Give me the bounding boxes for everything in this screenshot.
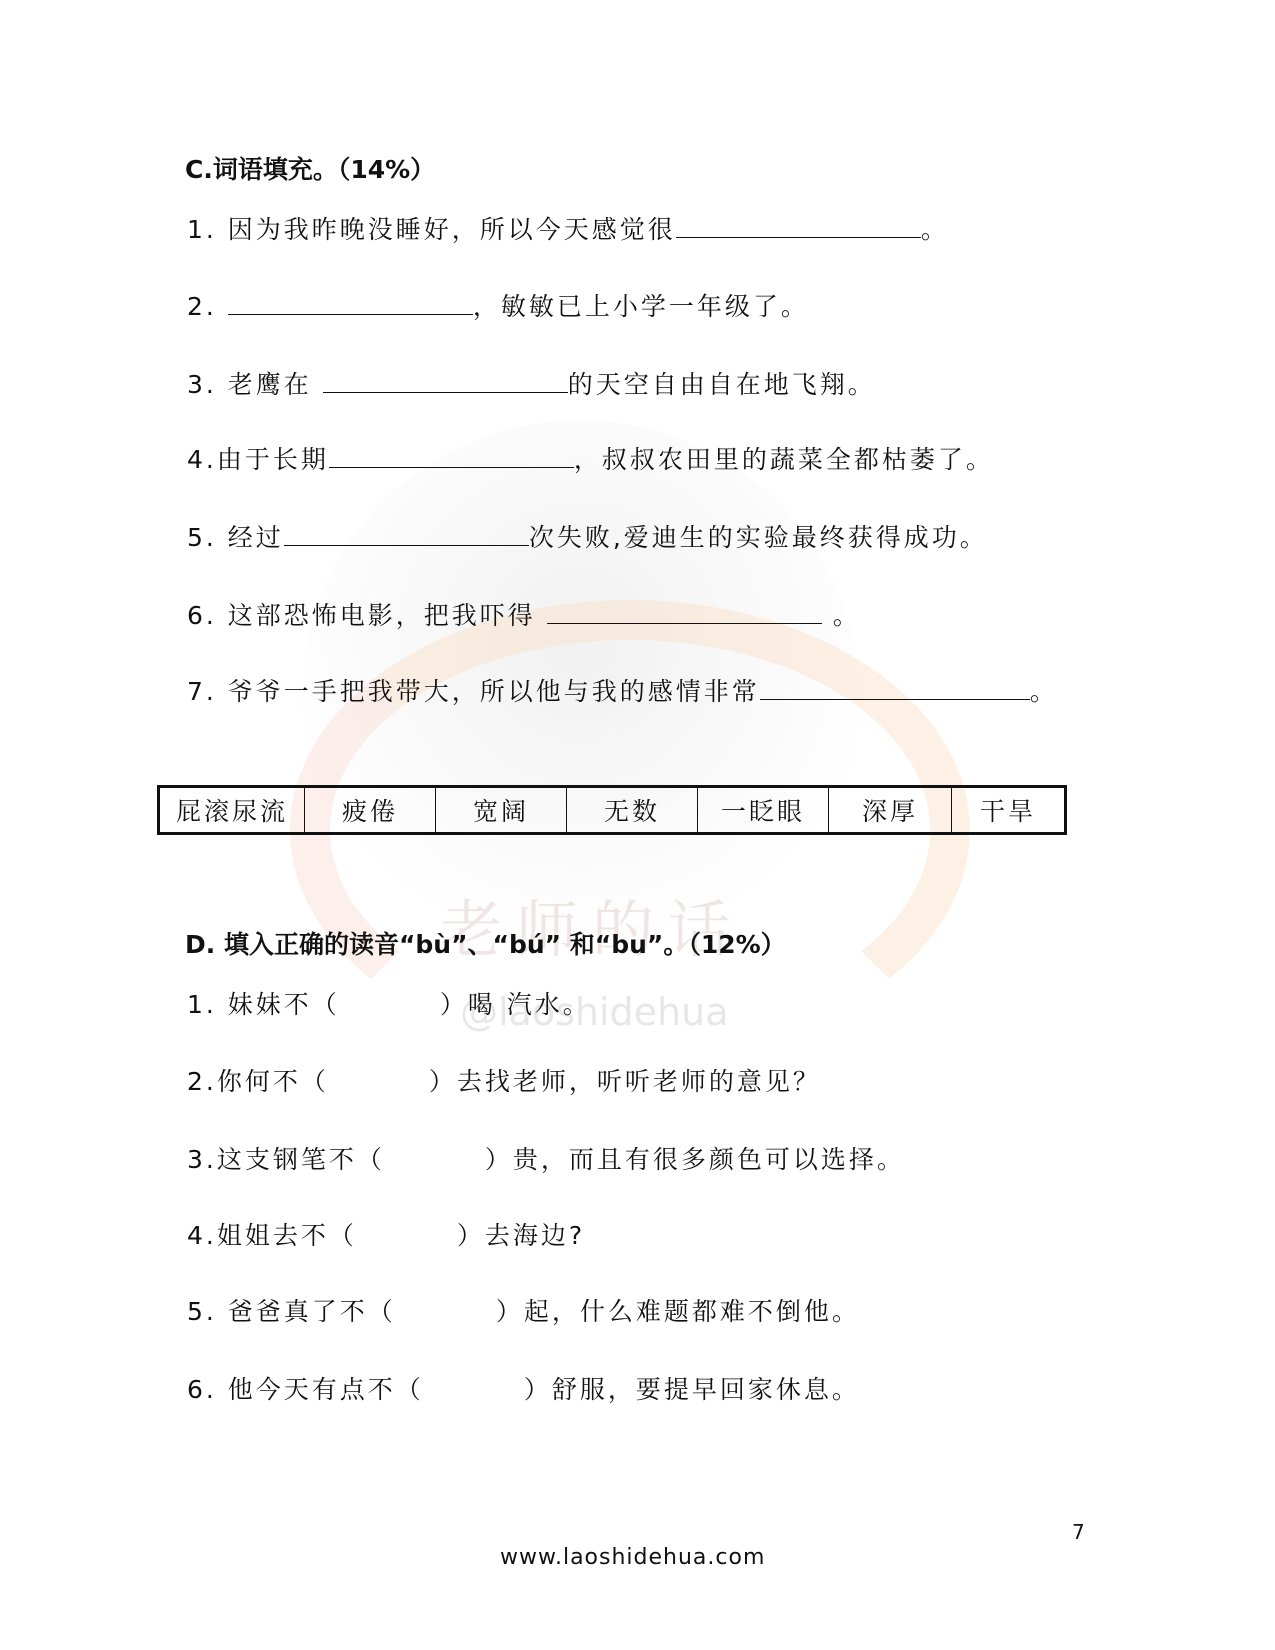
- fill-in-item: 2. ，敏敏已上小学一年级了。: [187, 287, 809, 323]
- word-bank-cell: 屁滚尿流: [159, 787, 305, 834]
- fill-in-item: 6. 这部恐怖电影，把我吓得 。: [187, 596, 861, 632]
- item-text-before: 1. 妹妹不（: [187, 990, 340, 1019]
- item-text-before: 7. 爷爷一手把我带大，所以他与我的感情非常: [187, 677, 760, 706]
- fill-in-item: 4.由于长期，叔叔农田里的蔬菜全都枯萎了。: [187, 440, 994, 476]
- item-text-after: ）贵，而且有很多颜色可以选择。: [485, 1145, 905, 1174]
- item-text-before: 2.你何不（: [187, 1067, 329, 1096]
- item-text-after: ）去海边?: [457, 1221, 585, 1250]
- word-bank-cell: 深厚: [829, 787, 952, 834]
- pinyin-item: 5. 爸爸真了不（）起，什么难题都难不倒他。: [187, 1292, 860, 1328]
- answer-blank[interactable]: [547, 599, 822, 624]
- answer-blank[interactable]: [323, 368, 568, 393]
- answer-blank[interactable]: [329, 443, 574, 468]
- item-text-after: 。: [1030, 677, 1058, 706]
- answer-blank[interactable]: [228, 290, 473, 315]
- item-text-after: ）起，什么难题都难不倒他。: [496, 1297, 860, 1326]
- item-text-before: 1. 因为我昨晚没睡好，所以今天感觉很: [187, 215, 676, 244]
- item-text-before: 6. 他今天有点不（: [187, 1375, 424, 1404]
- word-bank-cell: 一眨眼: [698, 787, 829, 834]
- word-bank-cell: 干旱: [952, 787, 1066, 834]
- answer-blank[interactable]: [760, 675, 1030, 700]
- pinyin-item: 3.这支钢笔不（）贵，而且有很多颜色可以选择。: [187, 1140, 905, 1176]
- item-text-before: 4.姐姐去不（: [187, 1221, 357, 1250]
- item-text-after: ）去找老师，听听老师的意见？: [429, 1067, 821, 1096]
- item-text-after: 。: [921, 215, 949, 244]
- item-text-before: 6. 这部恐怖电影，把我吓得: [187, 601, 547, 630]
- word-bank-cell: 无数: [567, 787, 698, 834]
- fill-in-item: 3. 老鹰在 的天空自由自在地飞翔。: [187, 365, 876, 401]
- word-bank-cell: 疲倦: [305, 787, 436, 834]
- item-text-after: ，叔叔农田里的蔬菜全都枯萎了。: [574, 445, 994, 474]
- item-text-before: 5. 经过: [187, 523, 284, 552]
- fill-in-item: 7. 爷爷一手把我带大，所以他与我的感情非常。: [187, 672, 1058, 708]
- item-text-before: 4.由于长期: [187, 445, 329, 474]
- item-text-after: 。: [822, 601, 861, 630]
- pinyin-item: 4.姐姐去不（）去海边?: [187, 1216, 585, 1252]
- word-bank-table: 屁滚尿流 疲倦 宽阔 无数 一眨眼 深厚 干旱: [157, 785, 1067, 835]
- pinyin-item: 6. 他今天有点不（）舒服，要提早回家休息。: [187, 1370, 860, 1406]
- item-text-before: 3. 老鹰在: [187, 370, 323, 399]
- answer-blank[interactable]: [676, 213, 921, 238]
- item-text-after: ）舒服，要提早回家休息。: [524, 1375, 860, 1404]
- footer-url: www.laoshidehua.com: [500, 1545, 765, 1570]
- section-c-heading: C.词语填充。（14%）: [185, 150, 435, 186]
- item-text-after: ）喝 汽水。: [440, 990, 591, 1019]
- answer-blank[interactable]: [284, 521, 529, 546]
- pinyin-item: 2.你何不（）去找老师，听听老师的意见？: [187, 1062, 821, 1098]
- section-d-heading: D. 填入正确的读音“bù”、“bú” 和“bu”。（12%）: [185, 925, 786, 961]
- item-text-before: 5. 爸爸真了不（: [187, 1297, 396, 1326]
- item-text-before: 3.这支钢笔不（: [187, 1145, 385, 1174]
- fill-in-item: 1. 因为我昨晚没睡好，所以今天感觉很。: [187, 210, 949, 246]
- item-text-after: 的天空自由自在地飞翔。: [568, 370, 876, 399]
- item-text-before: 2.: [187, 292, 228, 321]
- pinyin-item: 1. 妹妹不（）喝 汽水。: [187, 985, 591, 1021]
- item-text-after: ，敏敏已上小学一年级了。: [473, 292, 809, 321]
- word-bank-cell: 宽阔: [436, 787, 567, 834]
- item-text-after: 次失败,爱迪生的实验最终获得成功。: [529, 523, 988, 552]
- fill-in-item: 5. 经过次失败,爱迪生的实验最终获得成功。: [187, 518, 988, 554]
- page-number: 7: [1072, 1520, 1085, 1544]
